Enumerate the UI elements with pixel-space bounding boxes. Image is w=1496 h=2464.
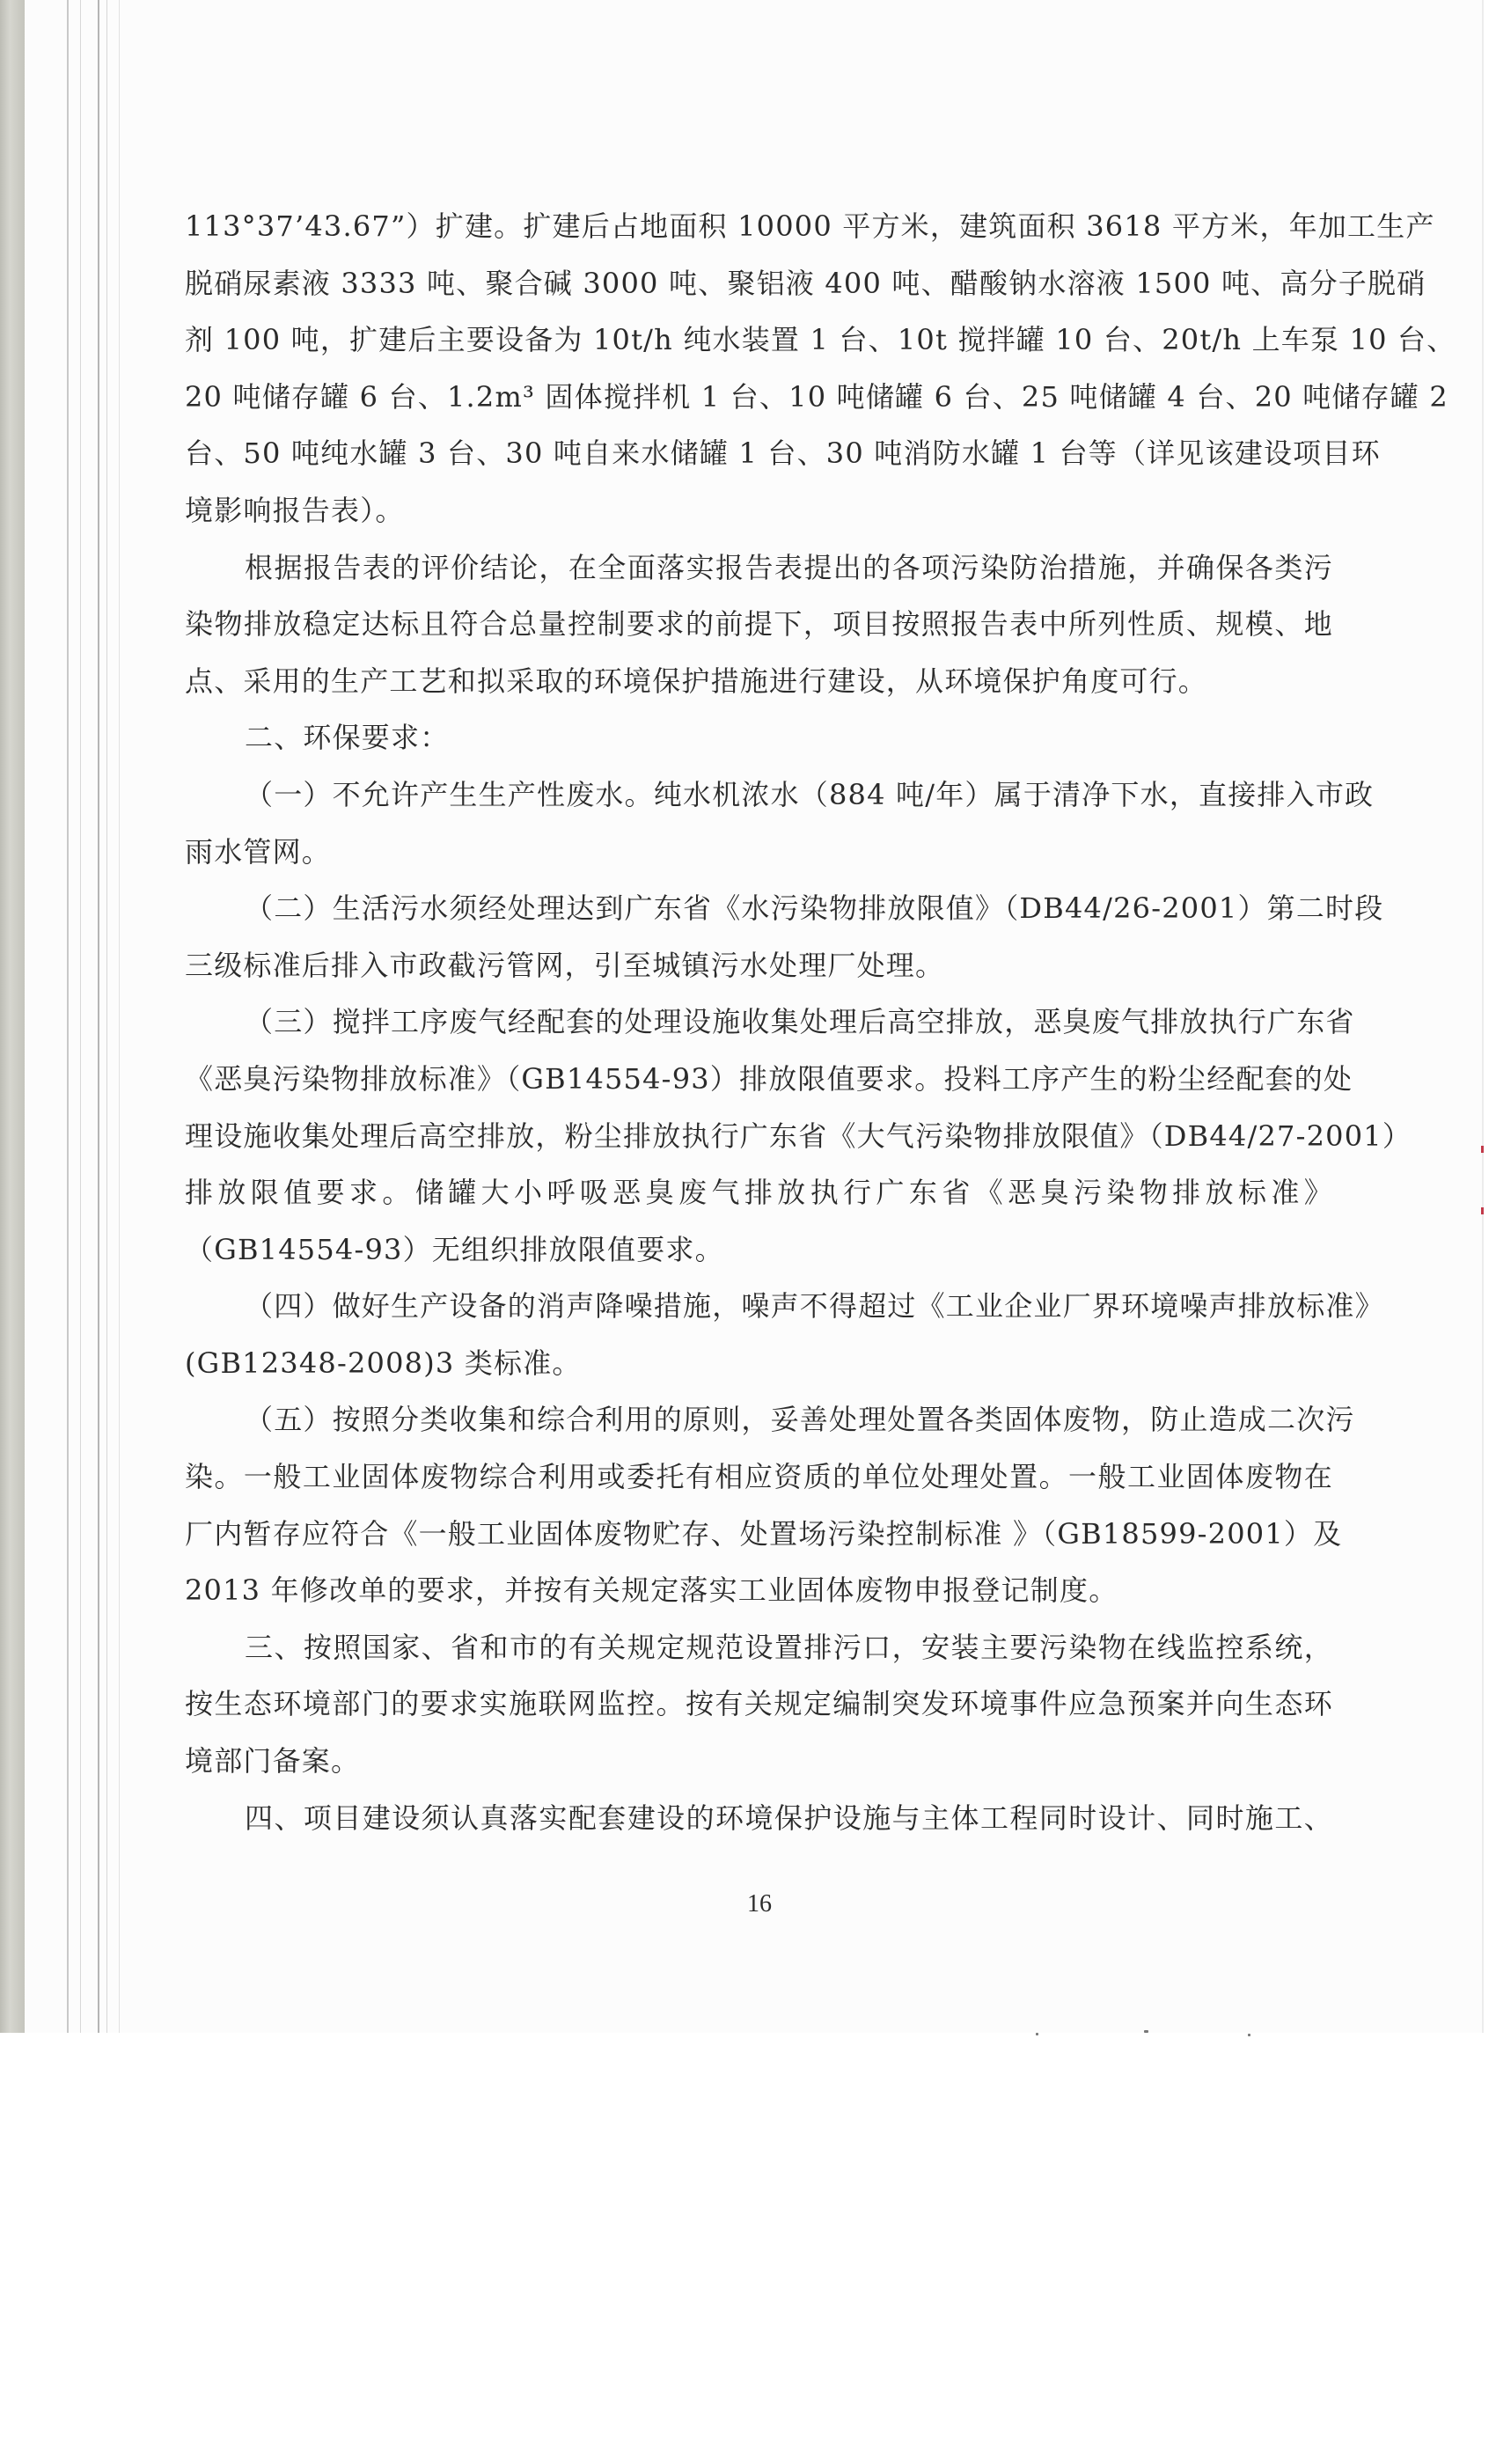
paragraph-line: 按生态环境部门的要求实施联网监控。按有关规定编制突发环境事件应急预案并向生态环 — [185, 1676, 1333, 1733]
paragraph-line: 《恶臭污染物排放标准》（GB14554-93）排放限值要求。投料工序产生的粉尘经… — [185, 1051, 1333, 1108]
page-number: 16 — [742, 1890, 777, 1918]
paragraph-line: 境影响报告表）。 — [185, 482, 1333, 539]
paragraph-first-line: （三）搅拌工序废气经配套的处理设施收集处理后高空排放，恶臭废气排放执行广东省 — [185, 994, 1333, 1051]
scan-speck — [1248, 2034, 1250, 2036]
paragraph-line: 2013 年修改单的要求，并按有关规定落实工业固体废物申报登记制度。 — [185, 1562, 1333, 1619]
stamp-edge-mark — [1481, 1207, 1484, 1214]
paragraph-first-line: 四、项目建设须认真落实配套建设的环境保护设施与主体工程同时设计、同时施工、 — [185, 1790, 1333, 1847]
paragraph-line: 剂 100 吨，扩建后主要设备为 10t/h 纯水装置 1 台、10t 搅拌罐 … — [185, 312, 1333, 369]
binding-line — [119, 0, 120, 2033]
paragraph-line: 三级标准后排入市政截污管网，引至城镇污水处理厂处理。 — [185, 937, 1333, 994]
paragraph-line: 厂内暂存应符合《一般工业固体废物贮存、处置场污染控制标准 》（GB18599-2… — [185, 1506, 1333, 1563]
paragraph-line: 排放限值要求。储罐大小呼吸恶臭废气排放执行广东省《恶臭污染物排放标准》 — [185, 1164, 1333, 1221]
paragraph-first-line: 三、按照国家、省和市的有关规定规范设置排污口，安装主要污染物在线监控系统， — [185, 1619, 1333, 1676]
paragraph-line: (GB12348-2008)3 类标准。 — [185, 1335, 1333, 1392]
scan-speck — [1036, 2033, 1038, 2035]
paragraph-first-line: （二）生活污水须经处理达到广东省《水污染物排放限值》（DB44/26-2001）… — [185, 880, 1333, 937]
paragraph-line: 雨水管网。 — [185, 824, 1333, 881]
document-body: 113°37’43.67”）扩建。扩建后占地面积 10000 平方米，建筑面积 … — [185, 198, 1333, 1846]
paragraph-line: 染。一般工业固体废物综合利用或委托有相应资质的单位处理处置。一般工业固体废物在 — [185, 1448, 1333, 1506]
paragraph-first-line: 113°37’43.67”）扩建。扩建后占地面积 10000 平方米，建筑面积 … — [185, 198, 1333, 255]
page-right-edge — [1482, 0, 1484, 2033]
paragraph-line: 理设施收集处理后高空排放，粉尘排放执行广东省《大气污染物排放限值》（DB44/2… — [185, 1108, 1333, 1165]
binding-line — [106, 0, 107, 2033]
paragraph-line: 境部门备案。 — [185, 1733, 1333, 1790]
binding-edge — [0, 0, 25, 2033]
paragraph-line: 20 吨储存罐 6 台、1.2m³ 固体搅拌机 1 台、10 吨储罐 6 台、2… — [185, 369, 1333, 426]
paragraph-first-line: 根据报告表的评价结论，在全面落实报告表提出的各项污染防治措施，并确保各类污 — [185, 539, 1333, 597]
scan-speck — [1144, 2030, 1148, 2033]
stamp-edge-mark — [1481, 1146, 1484, 1153]
paragraph-line: 台、50 吨纯水罐 3 台、30 吨自来水储罐 1 台、30 吨消防水罐 1 台… — [185, 425, 1333, 482]
paragraph-first-line: （五）按照分类收集和综合利用的原则，妥善处理处置各类固体废物，防止造成二次污 — [185, 1391, 1333, 1448]
binding-line — [67, 0, 69, 2033]
paragraph-line: 点、采用的生产工艺和拟采取的环境保护措施进行建设，从环境保护角度可行。 — [185, 653, 1333, 710]
paragraph-line: 染物排放稳定达标且符合总量控制要求的前提下，项目按照报告表中所列性质、规模、地 — [185, 596, 1333, 653]
paragraph-line: （GB14554-93）无组织排放限值要求。 — [185, 1221, 1333, 1279]
paragraph-first-line: 二、环保要求： — [185, 709, 1333, 766]
scanned-page: 113°37’43.67”）扩建。扩建后占地面积 10000 平方米，建筑面积 … — [0, 0, 1484, 2033]
binding-line — [98, 0, 99, 2033]
binding-line — [80, 0, 81, 2033]
paragraph-first-line: （一）不允许产生生产性废水。纯水机浓水（884 吨/年）属于清净下水，直接排入市… — [185, 766, 1333, 824]
paragraph-line: 脱硝尿素液 3333 吨、聚合碱 3000 吨、聚铝液 400 吨、醋酸钠水溶液… — [185, 255, 1333, 312]
paragraph-first-line: （四）做好生产设备的消声降噪措施，噪声不得超过《工业企业厂界环境噪声排放标准》 — [185, 1278, 1333, 1335]
